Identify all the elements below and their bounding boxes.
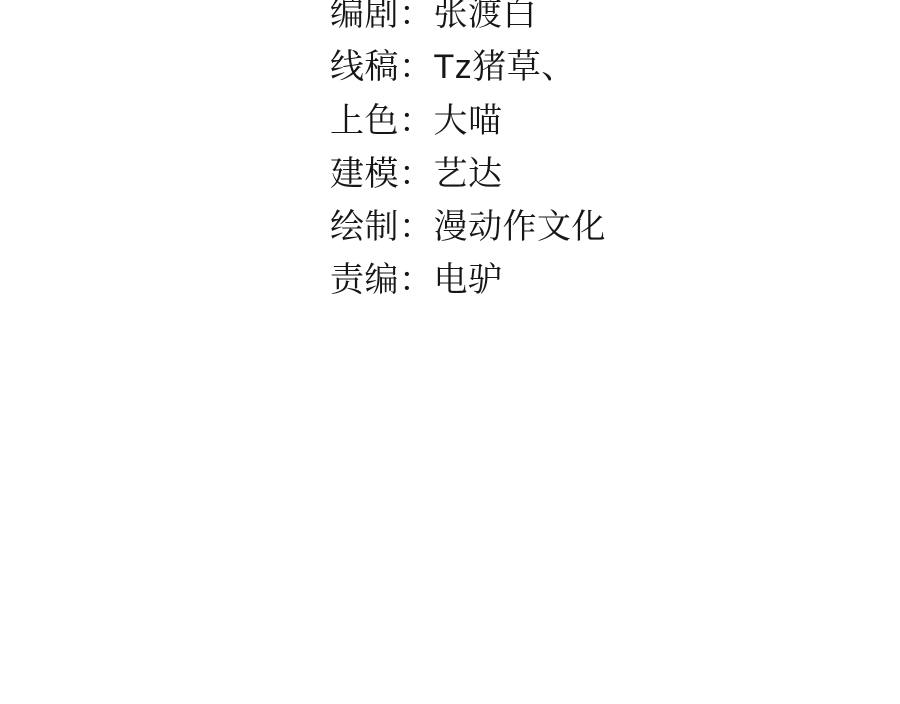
credit-role: 建模 (330, 155, 399, 193)
credit-name: 漫动作文化 (434, 208, 607, 246)
credit-line-modeling: 建模：艺达 (330, 148, 606, 201)
credit-line-coloring: 上色：大喵 (330, 95, 606, 148)
credit-colon: ： (399, 155, 434, 193)
credit-colon: ： (399, 48, 434, 86)
credit-line-drawing: 绘制：漫动作文化 (330, 201, 606, 254)
credit-role: 责编 (330, 261, 399, 299)
credit-name: 艺达 (434, 155, 503, 193)
credit-colon: ： (399, 0, 434, 33)
credit-line-editor: 责编：电驴 (330, 254, 606, 307)
credit-role: 绘制 (330, 208, 399, 246)
credit-name: Tz猪草、 (434, 48, 576, 86)
credit-name: 大喵 (434, 102, 503, 140)
credit-role: 编剧 (330, 0, 399, 33)
credit-name: 张渡白 (434, 0, 538, 33)
credit-line-screenwriter: 编剧：张渡白 (330, 0, 606, 41)
credit-line-lineart: 线稿：Tz猪草、 (330, 41, 606, 94)
credit-role: 上色 (330, 102, 399, 140)
credits-block: 编剧：张渡白 线稿：Tz猪草、 上色：大喵 建模：艺达 绘制：漫动作文化 责编：… (330, 0, 606, 308)
credit-colon: ： (399, 208, 434, 246)
credit-name: 电驴 (434, 261, 503, 299)
credits-page: 编剧：张渡白 线稿：Tz猪草、 上色：大喵 建模：艺达 绘制：漫动作文化 责编：… (0, 0, 900, 704)
credit-colon: ： (399, 261, 434, 299)
credit-role: 线稿 (330, 48, 399, 86)
credit-colon: ： (399, 102, 434, 140)
